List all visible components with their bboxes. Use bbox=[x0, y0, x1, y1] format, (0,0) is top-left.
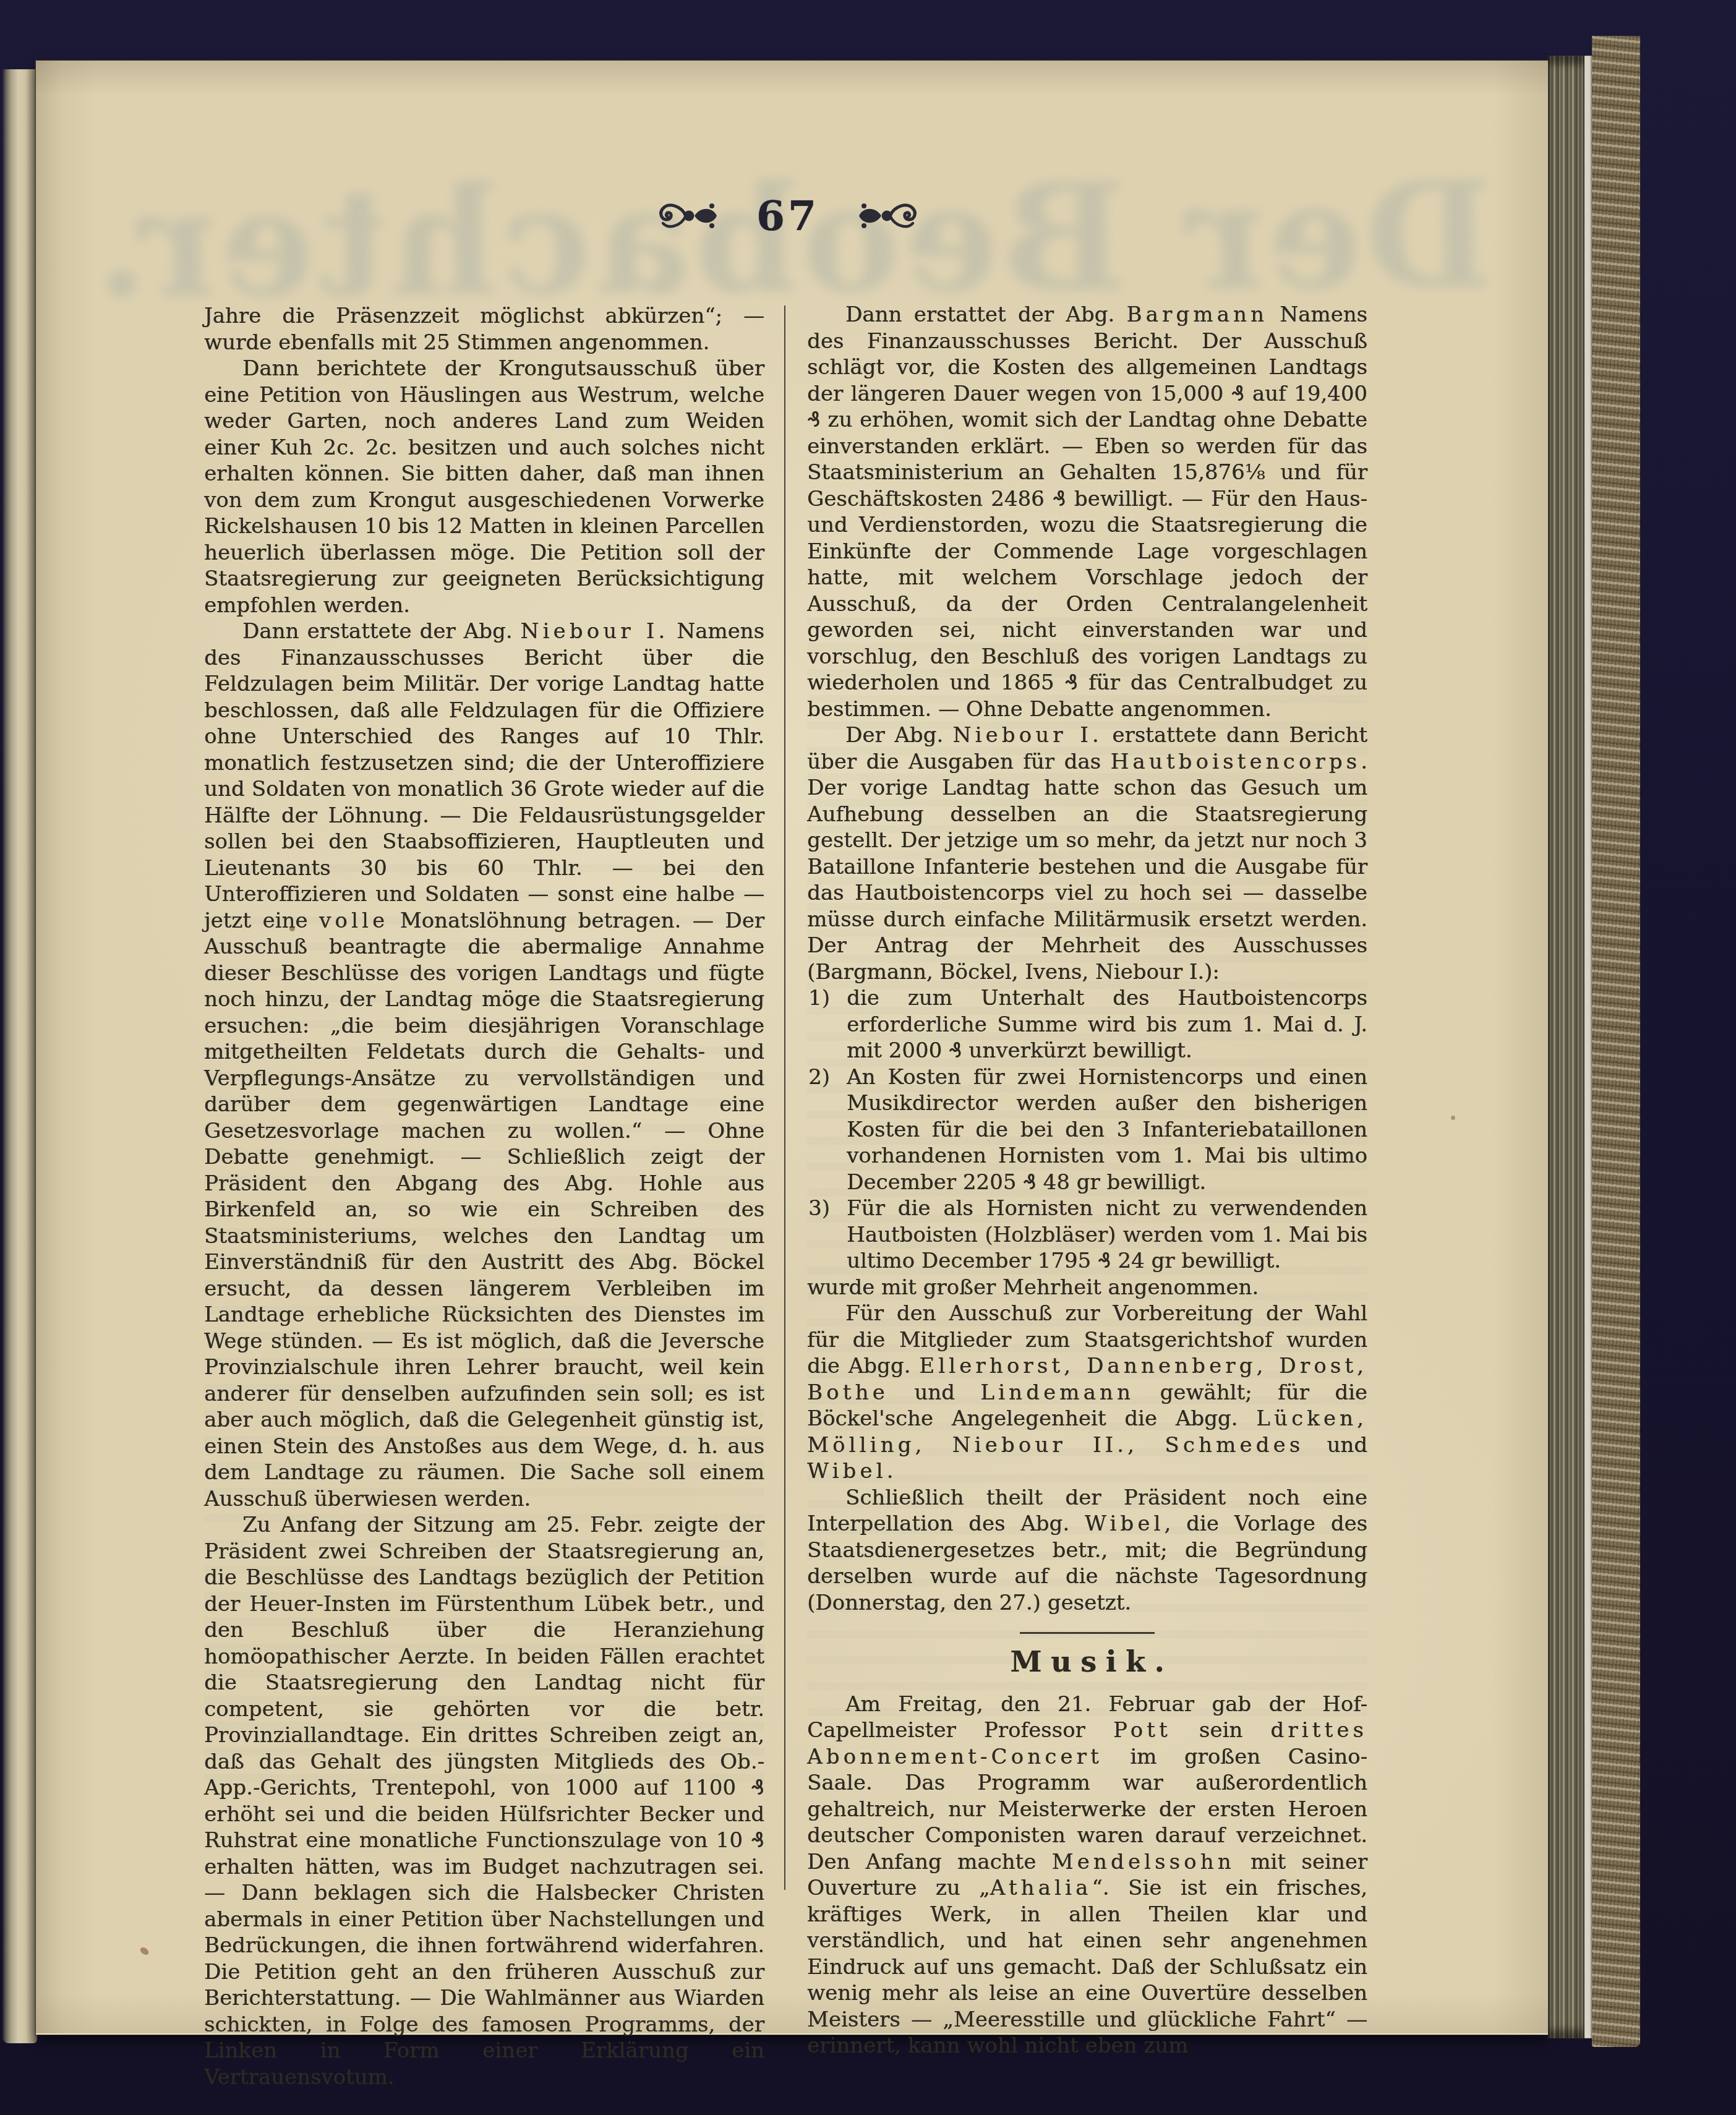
text-run: volle bbox=[319, 908, 388, 933]
paragraph: Zu Anfang der Sitzung am 25. Febr. zeigt… bbox=[204, 1512, 764, 2090]
text-run: Bargmann bbox=[1126, 302, 1268, 327]
page-header: 67 bbox=[36, 192, 1540, 240]
paragraph: wurde mit großer Mehrheit angenommen. bbox=[807, 1275, 1367, 1301]
paragraph: Für den Ausschuß zur Vorbereitung der Wa… bbox=[807, 1301, 1367, 1485]
text-run: und bbox=[889, 1380, 981, 1405]
text-run: Hautboistencorps bbox=[1111, 750, 1361, 774]
text-run: Wibel bbox=[807, 1459, 887, 1484]
text-run: . bbox=[887, 1459, 894, 1484]
section-heading: Musik. bbox=[807, 1649, 1367, 1675]
page-number: 67 bbox=[756, 192, 819, 240]
text-run: Jahre die Präsenzzeit möglichst abkürzen… bbox=[204, 304, 764, 355]
fox-spot bbox=[289, 926, 295, 931]
text-run: “. Sie ist ein frisches, kräftiges Werk,… bbox=[807, 1876, 1367, 2058]
text-run: die zum Unterhalt des Hautboistencorps e… bbox=[847, 986, 1367, 1063]
text-run: Zu Anfang der Sitzung am 25. Febr. zeigt… bbox=[204, 1513, 764, 2090]
text-run: Wibel bbox=[1085, 1511, 1165, 1536]
fox-spot bbox=[1451, 1116, 1455, 1120]
list-marker: 1) bbox=[808, 985, 830, 1012]
newspaper-page: Der Beobachter. 67 Jahre d bbox=[36, 61, 1548, 2035]
list-item: 2)An Kosten für zwei Hornistencorps und … bbox=[807, 1064, 1367, 1196]
text-run: Niebour I. bbox=[953, 723, 1103, 748]
text-run: Namens des Finanzausschusses Bericht übe… bbox=[204, 619, 764, 933]
fleuron-ornament-icon bbox=[855, 198, 920, 234]
column-divider-rule bbox=[784, 305, 785, 1890]
text-run: Niebour I. bbox=[521, 619, 669, 644]
right-column: Dann erstattet der Abg. Bargmann Namens … bbox=[807, 302, 1367, 2059]
text-run: Monatslöhnung betragen. — Der Ausschuß b… bbox=[204, 908, 764, 1511]
paragraph: Dann erstattet der Abg. Bargmann Namens … bbox=[807, 302, 1367, 722]
scanned-book-photo: Der Beobachter. 67 Jahre d bbox=[0, 0, 1736, 2115]
left-column: Jahre die Präsenzzeit möglichst abkürzen… bbox=[204, 303, 764, 2090]
previous-page-edge bbox=[2, 69, 37, 2043]
paragraph: Der Abg. Niebour I. erstattete dann Beri… bbox=[807, 722, 1367, 985]
list-item: 3)Für die als Hornisten nicht zu verwend… bbox=[807, 1195, 1367, 1275]
list-marker: 3) bbox=[808, 1195, 830, 1222]
paragraph: Am Freitag, den 21. Februar gab der Hof-… bbox=[807, 1691, 1367, 2059]
text-run: An Kosten für zwei Hornistencorps und ei… bbox=[847, 1065, 1367, 1195]
text-run: Mendelssohn bbox=[1052, 1850, 1235, 1874]
text-run: Für die als Hornisten nicht zu verwenden… bbox=[847, 1196, 1367, 1273]
text-run: . Der vorige Landtag hatte schon das Ges… bbox=[807, 750, 1367, 985]
text-run: Namens des Finanzausschusses Bericht. De… bbox=[807, 302, 1367, 722]
text-run: Dann erstattete der Abg. bbox=[242, 619, 521, 644]
book-cover-edge bbox=[1592, 36, 1640, 2047]
text-run: und bbox=[1304, 1433, 1367, 1458]
book-edge-highlight bbox=[1584, 56, 1592, 2038]
list-item: 1)die zum Unterhalt des Hautboistencorps… bbox=[807, 985, 1367, 1064]
list-marker: 2) bbox=[808, 1064, 830, 1091]
fleuron-ornament-icon bbox=[656, 198, 720, 234]
text-run: Pott bbox=[1113, 1718, 1171, 1743]
text-run: Athalia bbox=[990, 1876, 1092, 1900]
section-separator-rule bbox=[1020, 1632, 1155, 1634]
text-run: Dann berichtete der Krongutsausschuß übe… bbox=[204, 356, 764, 618]
text-run: Der Abg. bbox=[845, 723, 953, 748]
text-run: wurde mit großer Mehrheit angenommen. bbox=[807, 1275, 1259, 1300]
paragraph: Jahre die Präsenzzeit möglichst abkürzen… bbox=[204, 303, 764, 356]
text-run: Lindemann bbox=[980, 1380, 1134, 1405]
book-fore-edge-pages bbox=[1548, 56, 1584, 2038]
paragraph: Schließlich theilt der Präsident noch ei… bbox=[807, 1485, 1367, 1617]
paragraph: Dann erstattete der Abg. Niebour I. Name… bbox=[204, 618, 764, 1512]
text-run: sein bbox=[1171, 1718, 1271, 1743]
fox-spot bbox=[139, 1946, 150, 1957]
text-run: Dann erstattet der Abg. bbox=[845, 302, 1126, 327]
paragraph: Dann berichtete der Krongutsausschuß übe… bbox=[204, 356, 764, 618]
